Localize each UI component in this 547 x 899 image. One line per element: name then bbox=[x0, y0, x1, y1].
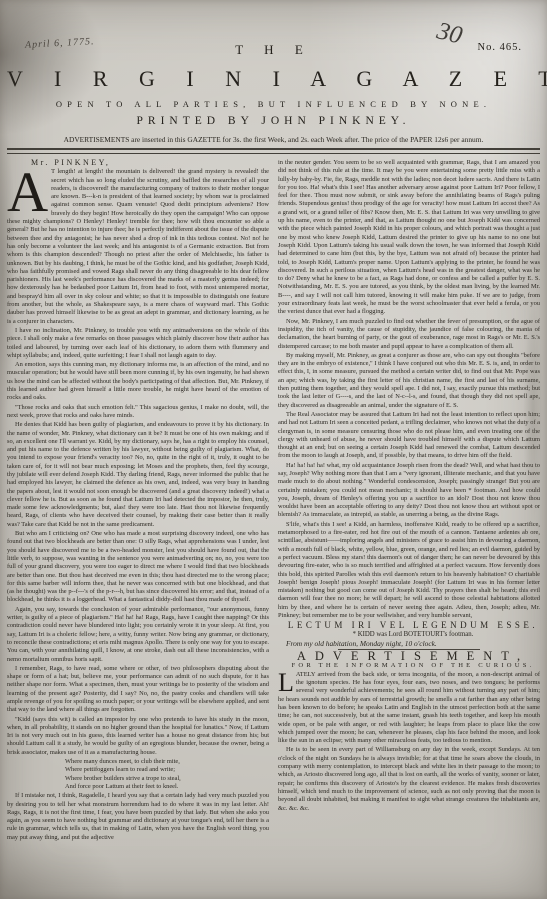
letter-paragraph: By making myself, Mr. Pinkney, as great … bbox=[278, 352, 540, 410]
newspaper-motto: OPEN TO ALL PARTIES, BUT INFLUENCED BY N… bbox=[7, 99, 540, 109]
letter-paragraph: An emotion, says this cunning man, my di… bbox=[7, 361, 269, 402]
letter-paragraph: in the neuter gender. You seem to be so … bbox=[278, 159, 540, 317]
letter-signature: LECTUM IRI VEL LEGENDUM ESSE. bbox=[278, 621, 540, 629]
advertisement-rates-line: ADVERTISEMENTS are inserted in this GAZE… bbox=[7, 135, 540, 144]
verse-line: Where many dunces meet, to club their mi… bbox=[65, 758, 269, 766]
issue-number: No. 465. bbox=[478, 42, 522, 53]
letter-paragraph: He denies that Kidd has been guilty of p… bbox=[7, 421, 269, 529]
printer-line: PRINTED BY JOHN PINKNEY. bbox=[7, 115, 540, 127]
advertisement-subheading: FOR THE INFORMATION OF THE CURIOUS. bbox=[278, 662, 540, 670]
drop-cap-letter-l: L bbox=[278, 671, 296, 693]
letter-paragraph: Again, you say, towards the conclusion o… bbox=[7, 606, 269, 664]
letter-paragraph: But who am I criticising on? One who has… bbox=[7, 530, 269, 605]
right-column: in the neuter gender. You seem to be so … bbox=[278, 159, 540, 843]
letter-paragraph: The Real Associator may be assured that … bbox=[278, 411, 540, 461]
letter-paragraph: I have no inclination, Mr. Pinkney, to t… bbox=[7, 327, 269, 360]
letter-paragraph: "Kidd (says this wit) is called an impos… bbox=[7, 716, 269, 757]
letter-paragraph: If I mistake not, I think, Ragadelle, I … bbox=[7, 792, 269, 842]
masthead-the: T H E bbox=[7, 42, 540, 58]
letter-paragraph: Ha! ha! ha! ha! what, my old acquaintanc… bbox=[278, 462, 540, 520]
body-columns: Mr. PINKNEY, AT length! at length! the m… bbox=[7, 159, 540, 843]
advertisement-paragraph: He is to be seen in every part of Willia… bbox=[278, 746, 540, 812]
letter-paragraph: I remember, Rags, to have read, some whe… bbox=[7, 665, 269, 715]
letter-salutation: Mr. PINKNEY, bbox=[7, 159, 269, 167]
verse-line: Where brother builders strive a trope to… bbox=[65, 775, 269, 783]
letter-paragraph: AT length! at length! the mountain is de… bbox=[7, 168, 269, 326]
drop-cap-letter-a: A bbox=[7, 168, 51, 216]
newspaper-page: April 6, 1775. T H E No. 465. 30 V I R G… bbox=[0, 0, 547, 899]
letter-dateline: From my old habitation, Monday night, 10… bbox=[278, 640, 540, 648]
letter-paragraph: Now, Mr. Pinkney, I am much puzzled to f… bbox=[278, 318, 540, 351]
verse-block: Where many dunces meet, to club their mi… bbox=[65, 758, 269, 791]
letter-paragraph: S'life, what's this I see! a Kidd, an ha… bbox=[278, 521, 540, 621]
masthead-top-row: April 6, 1775. T H E No. 465. 30 bbox=[7, 42, 540, 58]
verse-line: Where pettifoggers learn to read and wri… bbox=[65, 766, 269, 774]
left-column: Mr. PINKNEY, AT length! at length! the m… bbox=[7, 159, 269, 843]
advertisement-heading: ADVERTISEMENT, bbox=[278, 652, 540, 660]
paragraph-text: ATELY arrived from the back side, or ter… bbox=[278, 671, 540, 744]
newspaper-title: V I R G I N I A G A Z E T T E. bbox=[7, 66, 540, 92]
advertisement-paragraph: LATELY arrived from the back side, or te… bbox=[278, 671, 540, 746]
letter-paragraph: "Those rocks and oaks that such emotion … bbox=[7, 404, 269, 421]
masthead-divider-rule bbox=[7, 148, 540, 154]
verse-line: And force poor Lattum at their feet to k… bbox=[65, 783, 269, 791]
masthead: April 6, 1775. T H E No. 465. 30 V I R G… bbox=[7, 42, 540, 154]
letter-footnote: * KIDD was Lord BOTETOURT's footman. bbox=[278, 631, 540, 639]
